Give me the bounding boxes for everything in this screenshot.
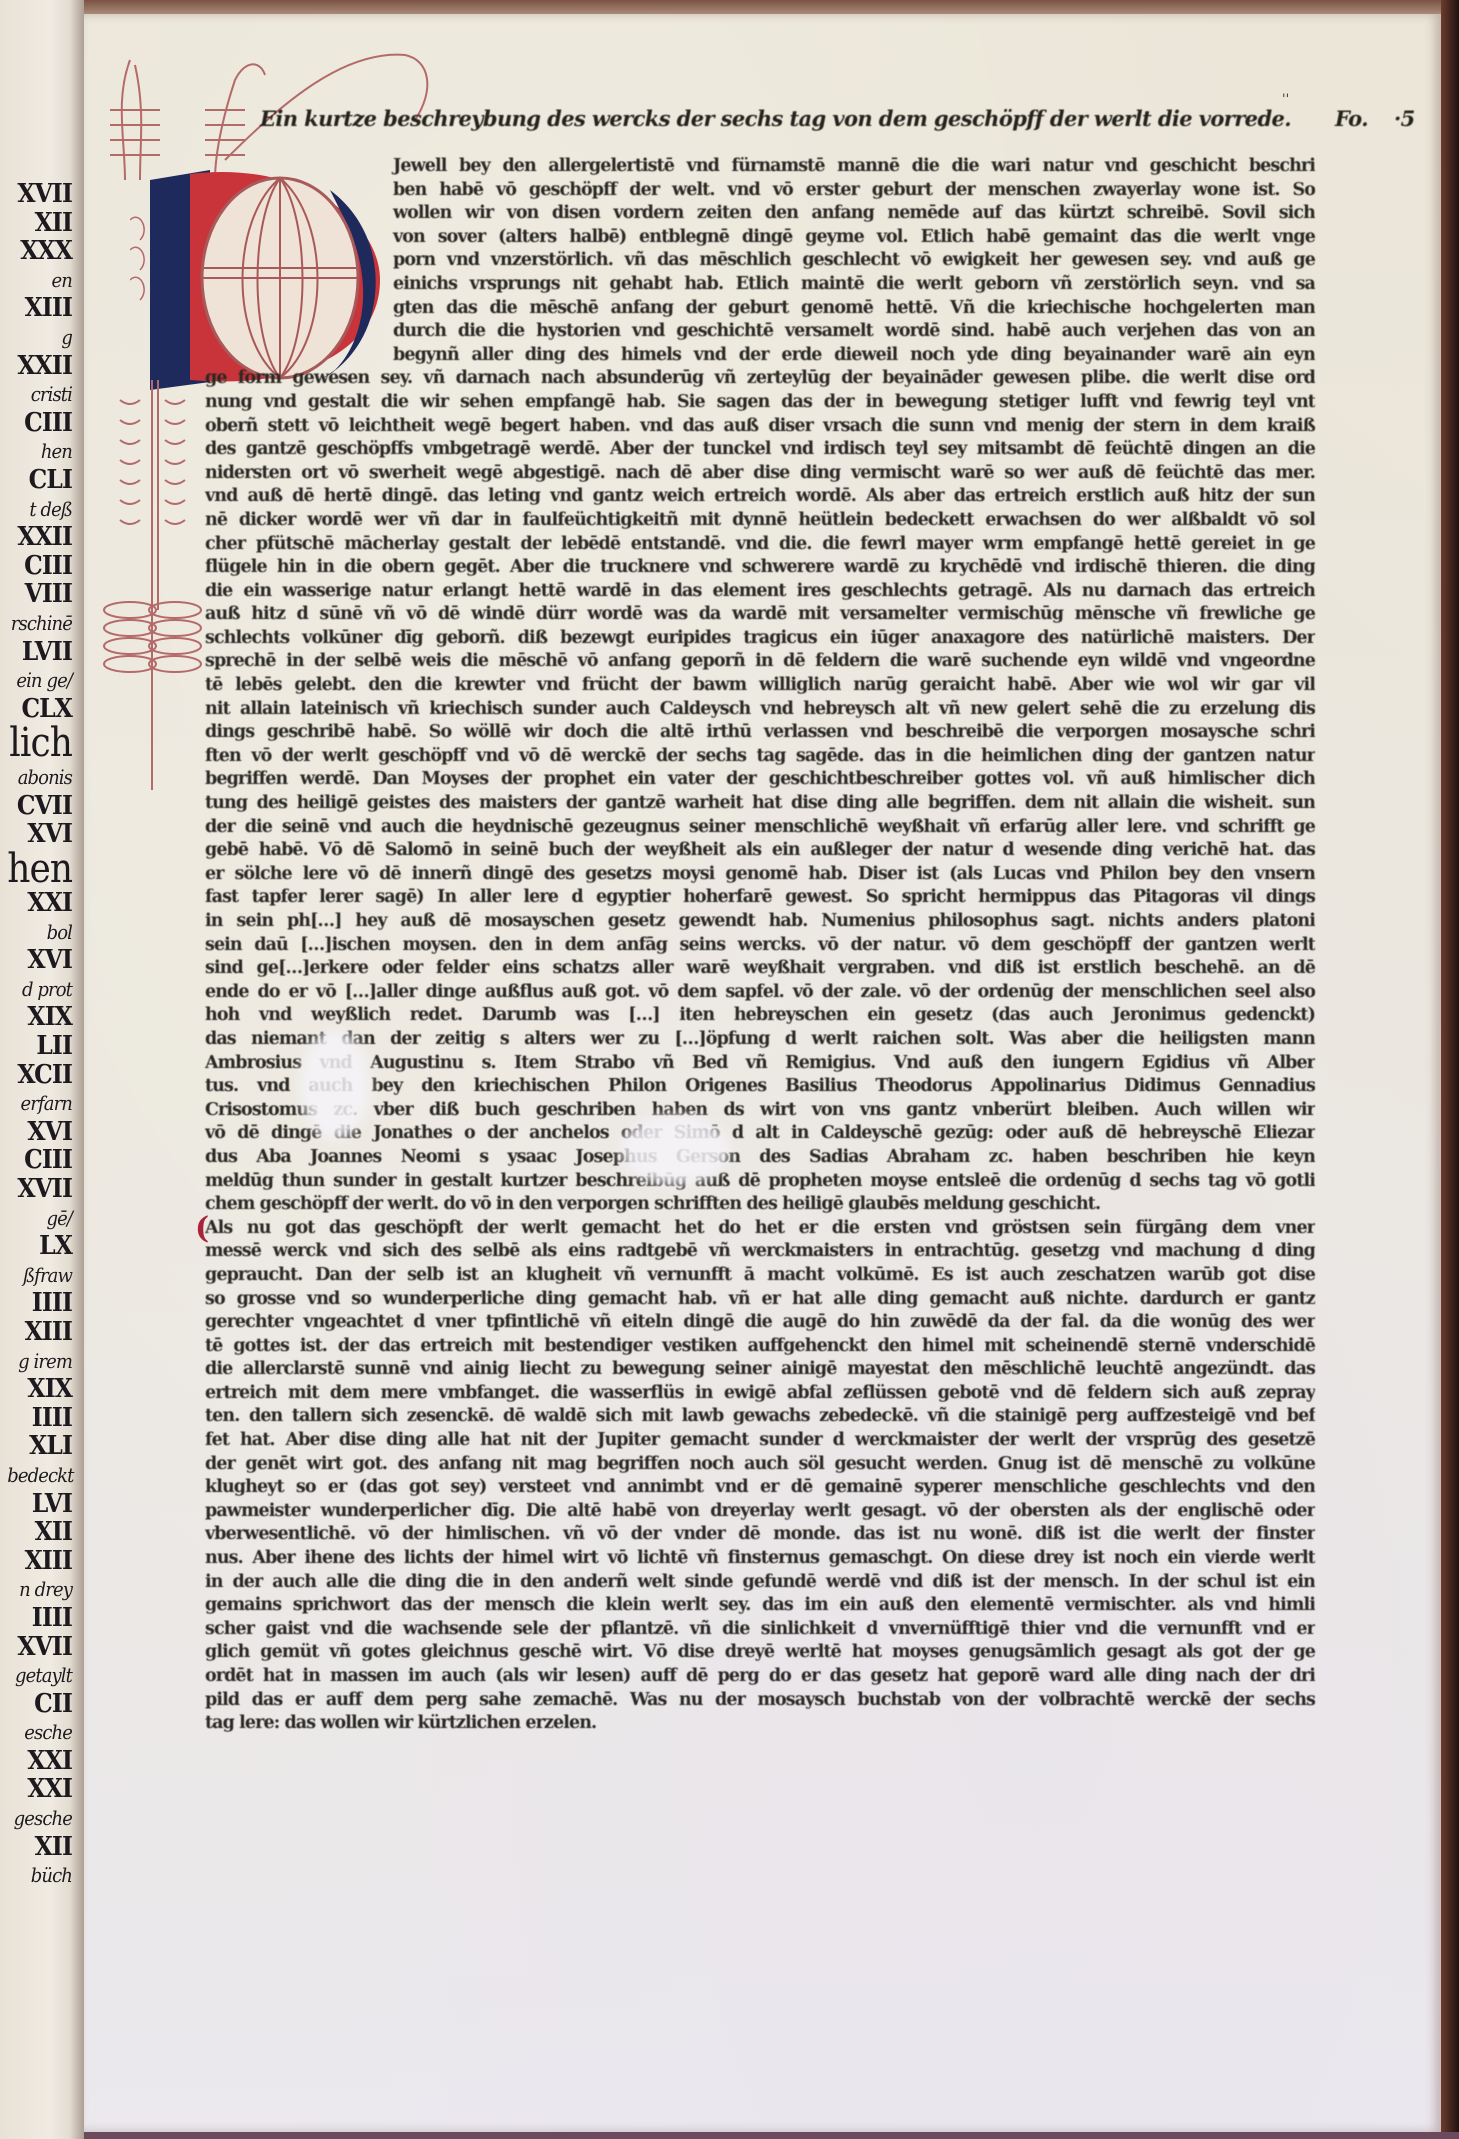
margin-entry: t deß <box>7 495 72 524</box>
margin-entry: XII <box>7 209 72 238</box>
margin-entry: XXI <box>7 1775 72 1804</box>
text-line: gepraucht. Dan der selb ist an klugheit … <box>205 1264 1315 1288</box>
text-line: sprechē in der selbē weis die mēschē vō … <box>205 650 1315 674</box>
text-line: auß hitz d sūnē vñ vō dē windē dürr word… <box>205 603 1315 627</box>
margin-entry: XVI <box>7 946 72 975</box>
margin-entry: CLX <box>7 695 72 724</box>
text-line: sein daū […]ischen moysen. den in dem an… <box>205 934 1315 958</box>
text-line: begriffen werdē. Dan Moyses der prophet … <box>205 768 1315 792</box>
margin-entry: getaylt <box>7 1661 72 1690</box>
margin-entry: XXX <box>7 237 72 266</box>
margin-entry: XVI <box>7 1118 72 1147</box>
text-line: der die seinē vnd auch die heydnischē ge… <box>205 816 1315 840</box>
margin-entry: en <box>7 266 72 295</box>
margin-entry: lich <box>7 723 72 763</box>
text-line: nidersten ort vō swerheit wegē abgestigē… <box>205 462 1315 486</box>
text-line: gebē habē. Vō dē Salomō in seinē buch de… <box>205 839 1315 863</box>
margin-entry: bedeckt <box>7 1461 72 1490</box>
margin-entry: CIII <box>7 409 72 438</box>
top-page-edge <box>80 0 1459 14</box>
running-title: Ein kurtze beschreybung des wercks der s… <box>260 106 1291 131</box>
text-line: der genēt wirt got. des anfang nit mag b… <box>205 1453 1315 1477</box>
margin-entry: IIII <box>7 1289 72 1318</box>
text-line: klugheyt so er (das got sey) versteet vn… <box>205 1476 1315 1500</box>
text-line: gemains sprichwort das der mensch die kl… <box>205 1594 1315 1618</box>
text-line: in der auch alle die ding die in den and… <box>205 1571 1315 1595</box>
paper-stain <box>300 1030 370 1140</box>
margin-entry: VIII <box>7 580 72 609</box>
bottom-page-edge <box>84 2132 1459 2139</box>
text-line: ertreich mit dem mere vmbfanget. die was… <box>205 1382 1315 1406</box>
paper-stain <box>620 1115 730 1185</box>
text-line: nit allain lateinisch vñ kriechisch sund… <box>205 698 1315 722</box>
margin-entry: ein ge/ <box>7 666 72 695</box>
right-binding-edge <box>1441 0 1459 2139</box>
text-line: ten. den tallern sich zesenckē. dē waldē… <box>205 1405 1315 1429</box>
text-line: dus Aba Joannes Neomi s ysaac Josephus G… <box>205 1146 1315 1170</box>
text-line: einichs vrsprungs nit gehabt hab. Etlich… <box>205 273 1315 297</box>
margin-flourish-ornament-icon <box>90 380 210 790</box>
text-line: tus. vnd auch bey den kriechischen Philo… <box>205 1075 1315 1099</box>
text-line: nung vnd gestalt die wir sehen empfangē … <box>205 391 1315 415</box>
margin-entry: CIII <box>7 1146 72 1175</box>
text-line: schlechts volkūner dīg geborñ. diß bezew… <box>205 627 1315 651</box>
text-line: ften vō der werlt geschöpff vnd vō dē we… <box>205 745 1315 769</box>
text-line: vō dē dingē die Jonathes o der anchelos … <box>205 1122 1315 1146</box>
signature-mark: '' <box>1282 92 1289 107</box>
text-line: gten das die mēschē anfang der geburt ge… <box>205 297 1315 321</box>
text-line: ben habē vō geschöpff der welt. vnd vō e… <box>205 179 1315 203</box>
text-line: durch die die hystorien vnd geschichtē v… <box>205 320 1315 344</box>
margin-index-list: XVIIXIIXXXenXIIIgXXIIcristiCIIIhenCLIt d… <box>0 180 72 1890</box>
margin-entry: büch <box>7 1861 72 1890</box>
folio-label: Fo. <box>1335 106 1368 131</box>
text-line: dings geschribē habē. So wöllē wir doch … <box>205 721 1315 745</box>
text-line: tung des heiligē geistes des maisters de… <box>205 792 1315 816</box>
text-line: vberwesentlichē. vō der himlischen. vñ v… <box>205 1523 1315 1547</box>
text-line: das niemant dan der zeitig s alters wer … <box>205 1028 1315 1052</box>
margin-entry: d prot <box>7 975 72 1004</box>
margin-entry: XII <box>7 1518 72 1547</box>
text-line: ge form gewesen sey. vñ darnach nach abs… <box>205 367 1315 391</box>
margin-entry: abonis <box>7 763 72 792</box>
text-line: tē gottes ist. der das ertreich mit best… <box>205 1335 1315 1359</box>
margin-entry: XLI <box>7 1432 72 1461</box>
margin-entry: XIII <box>7 1318 72 1347</box>
margin-entry: ßfraw <box>7 1261 72 1290</box>
margin-entry: XVII <box>7 180 72 209</box>
text-line: fast tapfer lerer sagē) In aller lere d … <box>205 886 1315 910</box>
margin-entry: gē/ <box>7 1204 72 1233</box>
margin-entry: cristi <box>7 380 72 409</box>
margin-entry: hen <box>7 437 72 466</box>
margin-entry: LVI <box>7 1490 72 1519</box>
text-line: die allerclarstē sunnē vnd ainig liecht … <box>205 1358 1315 1382</box>
margin-entry: bol <box>7 918 72 947</box>
margin-entry: CVII <box>7 792 72 821</box>
margin-entry: XII <box>7 1833 72 1862</box>
text-line: tē lebēs gelebt. den die krewter vnd frü… <box>205 674 1315 698</box>
text-line: wollen wir von disen vordern zeiten den … <box>205 202 1315 226</box>
margin-entry: LVII <box>7 638 72 667</box>
text-line: cher pfütschē mācherlay gestalt der lebē… <box>205 533 1315 557</box>
margin-entry: gesche <box>7 1804 72 1833</box>
margin-entry: XVII <box>7 1633 72 1662</box>
book-gutter <box>70 0 84 2139</box>
text-line: hoh vnd weyßlich redet. Darumb was […] i… <box>205 1004 1315 1028</box>
margin-entry: XIX <box>7 1375 72 1404</box>
margin-entry: XXII <box>7 523 72 552</box>
text-line: die ein wasserige natur erlangt hettē wa… <box>205 580 1315 604</box>
text-line: meldūg thun sunder in gestalt kurtzer be… <box>205 1170 1315 1194</box>
paragraph-mark-icon: ( <box>195 1211 209 1246</box>
margin-entry: LII <box>7 1032 72 1061</box>
text-line: messē werck vnd sich des selbē als eins … <box>205 1240 1315 1264</box>
margin-entry: IIII <box>7 1404 72 1433</box>
text-line: er sölche lere vō dē innerñ dingē des ge… <box>205 863 1315 887</box>
text-line: gerechter vngeachtet d vner tpfintlichē … <box>205 1311 1315 1335</box>
margin-entry: XIII <box>7 1547 72 1576</box>
text-line: nus. Aber ihene des lichts der himel wir… <box>205 1547 1315 1571</box>
text-line: Crisostomus zc. vber diß buch geschriben… <box>205 1099 1315 1123</box>
text-line: ende do er vō […]aller dinge außflus auß… <box>205 981 1315 1005</box>
text-line: fet hat. Aber dise ding alle hat nit der… <box>205 1429 1315 1453</box>
margin-entry: erfarn <box>7 1089 72 1118</box>
left-facing-page: XVIIXIIXXXenXIIIgXXIIcristiCIIIhenCLIt d… <box>0 0 84 2139</box>
margin-entry: n drey <box>7 1575 72 1604</box>
margin-entry: IIII <box>7 1604 72 1633</box>
margin-entry: hen <box>7 849 72 889</box>
text-line: begynñ aller ding des himels vnd der erd… <box>205 344 1315 368</box>
text-line: von sover (alters halbē) entblegnē dingē… <box>205 226 1315 250</box>
margin-entry: XIII <box>7 294 72 323</box>
margin-entry: g irem <box>7 1347 72 1376</box>
text-line: ordēt hat in massen im auch (als wir les… <box>205 1665 1315 1689</box>
margin-entry: CLI <box>7 466 72 495</box>
text-line: des gantzē geschöpffs vmbgetragē werdē. … <box>205 438 1315 462</box>
text-line: so grosse vnd so wunderperliche ding gem… <box>205 1288 1315 1312</box>
margin-entry: XXI <box>7 1747 72 1776</box>
text-line: tag lere: das wollen wir kürtzlichen erz… <box>205 1712 1315 1736</box>
text-line: Als nu got das geschöpft der werlt gemac… <box>205 1217 1315 1241</box>
text-line: glich gemüt vñ gotes gleichnus geschē wi… <box>205 1641 1315 1665</box>
text-line: porn vnd vnzerstörlich. vñ das mēschlich… <box>205 249 1315 273</box>
text-line: nē dicker wordē wer vñ dar in faulfeücht… <box>205 509 1315 533</box>
margin-entry: XCII <box>7 1061 72 1090</box>
running-head: Ein kurtze beschreybung des wercks der s… <box>260 106 1310 136</box>
text-line: oberñ stett vō leichtheit wegē begert ha… <box>205 415 1315 439</box>
margin-entry: XVII <box>7 1175 72 1204</box>
margin-entry: g <box>7 323 72 352</box>
folio-number: ·5 <box>1394 106 1415 131</box>
margin-entry: LX <box>7 1232 72 1261</box>
margin-entry: CIII <box>7 552 72 581</box>
body-text-block: Jewell bey den allergelertistē vnd fürna… <box>205 155 1315 1736</box>
margin-entry: CII <box>7 1690 72 1719</box>
text-line: sind ge[…]erkere oder felder eins schatz… <box>205 957 1315 981</box>
text-line: chem geschöpff der werlt. do vō in den v… <box>205 1193 1315 1217</box>
margin-entry: XXII <box>7 352 72 381</box>
margin-entry: XXI <box>7 889 72 918</box>
margin-entry: XVI <box>7 820 72 849</box>
text-line: scher gaist vnd die wachsende sele der p… <box>205 1618 1315 1642</box>
text-line: Jewell bey den allergelertistē vnd fürna… <box>205 155 1315 179</box>
text-line: pawmeister wunderperlicher dīg. Die altē… <box>205 1500 1315 1524</box>
text-line: in sein ph[…] hey auß dē mosayschen gese… <box>205 910 1315 934</box>
margin-entry: rschinē <box>7 609 72 638</box>
margin-entry: esche <box>7 1718 72 1747</box>
text-line: vnd auß dē hertē dingē. das leting vnd g… <box>205 485 1315 509</box>
text-line: Ambrosius vnd Augustinu s. Item Strabo v… <box>205 1052 1315 1076</box>
text-line: flügele hin in die obern gegēt. Aber die… <box>205 556 1315 580</box>
margin-entry: XIX <box>7 1003 72 1032</box>
text-line: pild das er auff dem perg sahe zemachē. … <box>205 1689 1315 1713</box>
